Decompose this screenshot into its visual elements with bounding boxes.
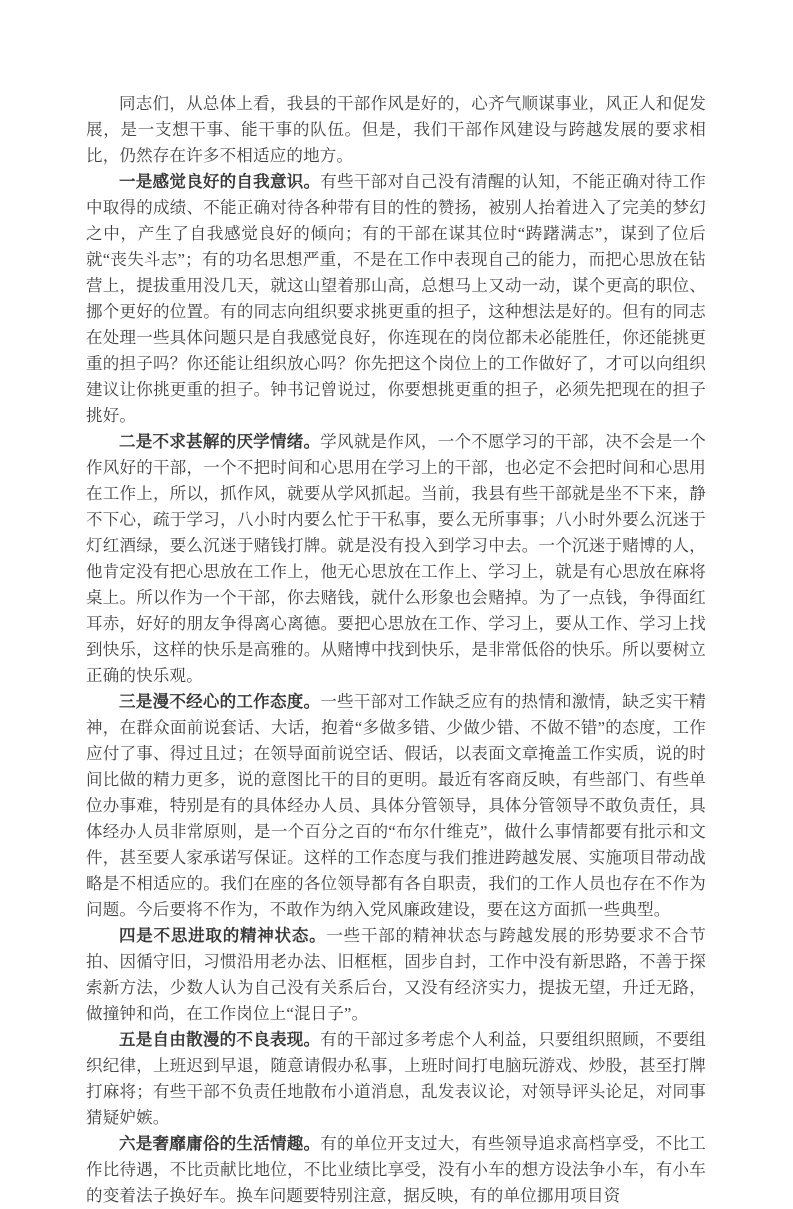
paragraph-text: 同志们，从总体上看，我县的干部作风是好的，心齐气顺谋事业，风正人和促发展，是一支… — [86, 94, 706, 165]
document-page: 同志们，从总体上看，我县的干部作风是好的，心齐气顺谋事业，风正人和促发展，是一支… — [86, 91, 706, 1122]
paragraph: 二是不求甚解的厌学情绪。学风就是作风，一个不愿学习的干部，决不会是一个作风好的干… — [86, 429, 706, 689]
paragraph: 同志们，从总体上看，我县的干部作风是好的，心齐气顺谋事业，风正人和促发展，是一支… — [86, 91, 706, 169]
paragraph-text: 学风就是作风，一个不愿学习的干部，决不会是一个作风好的干部，一个不把时间和心思用… — [86, 432, 706, 685]
paragraph-lead: 二是不求甚解的厌学情绪。 — [119, 432, 320, 451]
paragraph-lead: 一是感觉良好的自我意识。 — [119, 172, 320, 191]
paragraph-text: 有些干部对自己没有清醒的认知，不能正确对待工作中取得的成绩、不能正确对待各种带有… — [86, 172, 706, 425]
paragraph: 一是感觉良好的自我意识。有些干部对自己没有清醒的认知，不能正确对待工作中取得的成… — [86, 169, 706, 429]
paragraph: 三是漫不经心的工作态度。一些干部对工作缺乏应有的热情和激情，缺乏实干精神，在群众… — [86, 689, 706, 923]
paragraph: 五是自由散漫的不良表现。有的干部过多考虑个人利益，只要组织照顾，不要组织纪律，上… — [86, 1027, 706, 1122]
paragraph-lead: 四是不思进取的精神状态。 — [119, 926, 326, 945]
paragraph-text: 一些干部对工作缺乏应有的热情和激情，缺乏实干精神，在群众面前说套话、大话，抱着“… — [86, 692, 706, 919]
paragraph-lead: 三是漫不经心的工作态度。 — [119, 692, 320, 711]
paragraph: 四是不思进取的精神状态。一些干部的精神状态与跨越发展的形势要求不合节拍、因循守旧… — [86, 923, 706, 1027]
paragraph-lead: 五是自由散漫的不良表现。 — [119, 1030, 320, 1049]
